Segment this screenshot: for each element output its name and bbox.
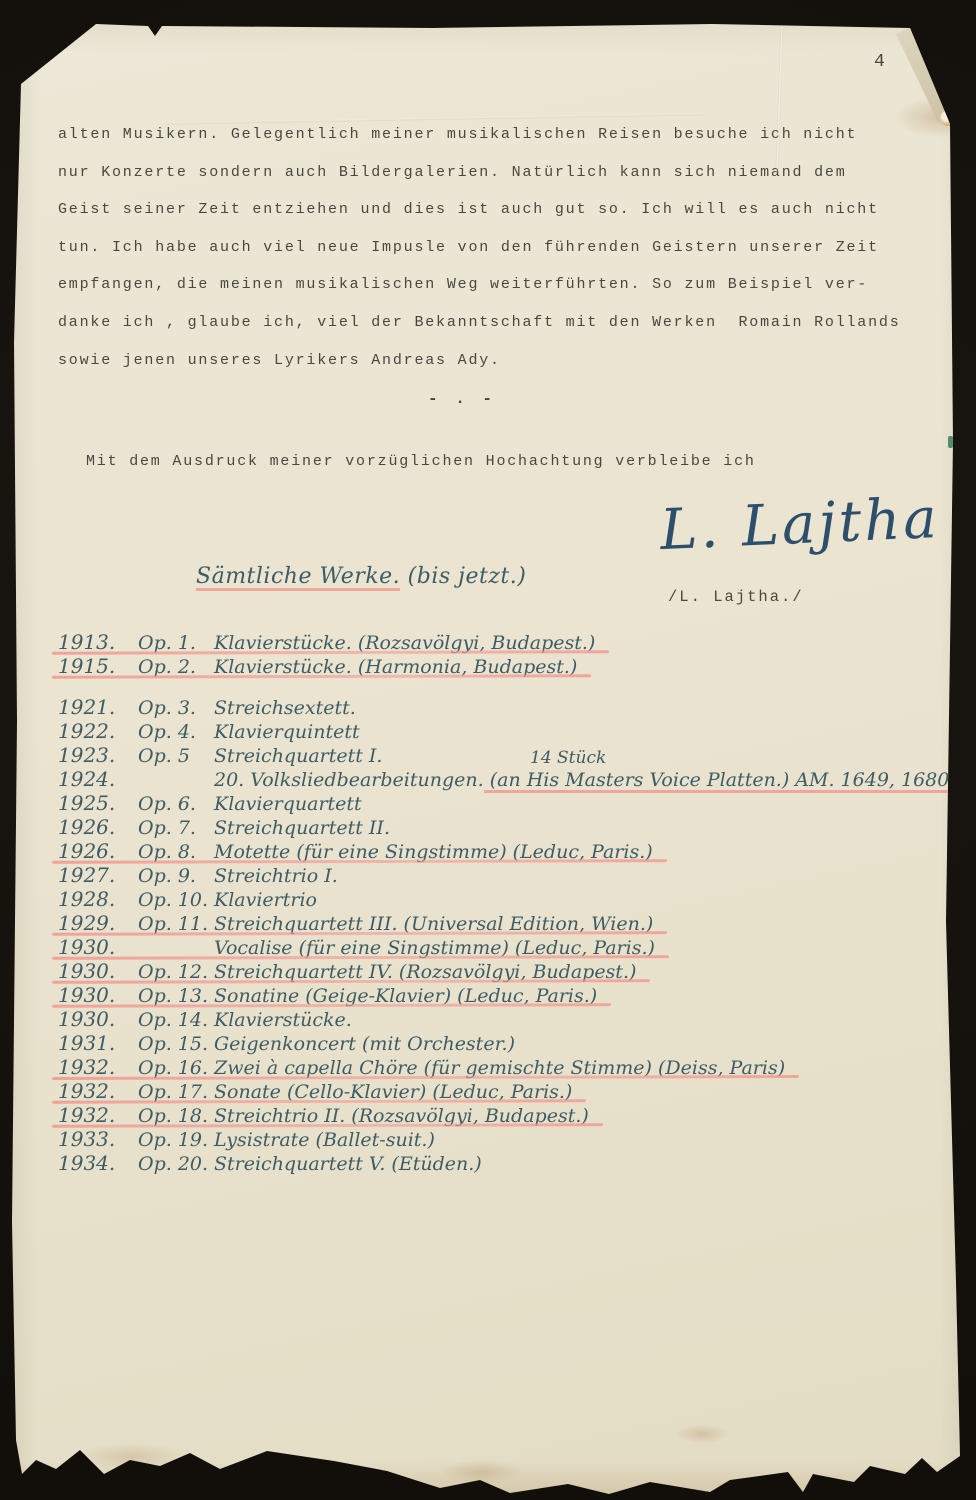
work-year: 1930. <box>58 983 138 1007</box>
work-opus: Op. 8. <box>138 840 214 864</box>
work-title: Vocalise (für eine Singstimme) (Leduc, P… <box>214 936 655 960</box>
work-year: 1930. <box>58 935 138 959</box>
work-title: Motette (für eine Singstimme) (Leduc, Pa… <box>214 840 653 864</box>
work-year: 1933. <box>58 1127 138 1151</box>
work-opus: Op. 12. <box>138 960 214 984</box>
work-opus: Op. 18. <box>138 1104 214 1128</box>
work-opus: Op. 9. <box>138 864 214 888</box>
edge-mark-green <box>948 436 953 448</box>
work-title: Klavierquintett <box>214 720 360 744</box>
work-title: 20. Volksliedbearbeitungen. (an His Mast… <box>214 768 976 792</box>
work-year: 1925. <box>58 791 138 815</box>
work-year: 1915. <box>58 654 138 678</box>
work-opus: Op. 7. <box>138 816 214 840</box>
work-year: 1930. <box>58 959 138 983</box>
work-opus: Op. 2. <box>138 655 214 679</box>
work-year: 1932. <box>58 1103 138 1127</box>
letter-line: sowie jenen unseres Lyrikers Andreas Ady… <box>58 342 901 380</box>
work-opus: Op. 6. <box>138 792 214 816</box>
work-row: 1929.Op. 11.Streichquartett III. (Univer… <box>58 911 653 935</box>
section-divider: - . - <box>382 390 542 408</box>
letter-line: tun. Ich habe auch viel neue Impusle von… <box>58 229 901 267</box>
work-opus: Op. 11. <box>138 912 214 936</box>
work-row: 1915.Op. 2.Klavierstücke. (Harmonia, Bud… <box>58 654 577 678</box>
work-row: 1933.Op. 19.Lysistrate (Ballet-suit.) <box>58 1127 435 1151</box>
work-opus: Op. 15. <box>138 1032 214 1056</box>
work-year: 1926. <box>58 839 138 863</box>
work-year: 1923. <box>58 743 138 767</box>
letter-line: nur Konzerte sondern auch Bildergalerien… <box>58 154 901 192</box>
letter-line: alten Musikern. Gelegentlich meiner musi… <box>58 116 901 154</box>
work-title: Klaviertrio <box>214 888 317 912</box>
work-title: Zwei à capella Chöre (für gemischte Stim… <box>214 1056 785 1080</box>
work-row: 1922.Op. 4.Klavierquintett <box>58 719 360 743</box>
work-opus: Op. 3. <box>138 696 214 720</box>
work-year: 1932. <box>58 1079 138 1103</box>
work-title-underlined: (an His Masters Voice Platten.) AM. 1649… <box>484 769 976 793</box>
corner-fold-curl <box>940 110 956 126</box>
work-row: 1934.Op. 20.Streichquartett V. (Etüden.) <box>58 1151 482 1175</box>
work-row: 1925.Op. 6.Klavierquartett <box>58 791 362 815</box>
work-year: 1929. <box>58 911 138 935</box>
work-title: Lysistrate (Ballet-suit.) <box>214 1128 435 1152</box>
work-row: 1924.20. Volksliedbearbeitungen. (an His… <box>58 767 976 791</box>
work-title: Streichquartett III. (Universal Edition,… <box>214 912 653 936</box>
work-title: Streichquartett II. <box>214 816 390 840</box>
work-title: Klavierstücke. (Harmonia, Budapest.) <box>214 655 577 679</box>
work-title: Klavierquartett <box>214 792 362 816</box>
work-row: 1928.Op. 10.Klaviertrio <box>58 887 317 911</box>
work-title: Streichsextett. <box>214 696 356 720</box>
work-row: 1926.Op. 8.Motette (für eine Singstimme)… <box>58 839 653 863</box>
closing-line: Mit dem Ausdruck meiner vorzüglichen Hoc… <box>86 453 756 470</box>
work-title: Streichquartett IV. (Rozsavölgyi, Budape… <box>214 960 636 984</box>
work-year: 1926. <box>58 815 138 839</box>
work-opus: Op. 19. <box>138 1128 214 1152</box>
work-opus: Op. 10. <box>138 888 214 912</box>
work-opus: Op. 20. <box>138 1152 214 1176</box>
work-row: 1930.Vocalise (für eine Singstimme) (Led… <box>58 935 655 959</box>
work-row: 1930.Op. 12.Streichquartett IV. (Rozsavö… <box>58 959 636 983</box>
works-count-annotation: 14 Stück <box>530 748 606 768</box>
scanned-letter-page: 4 alten Musikern. Gelegentlich meiner mu… <box>12 22 962 1495</box>
work-row: 1932.Op. 18.Streichtrio II. (Rozsavölgyi… <box>58 1103 589 1127</box>
paper-crease <box>407 1202 409 1492</box>
work-row: 1932.Op. 17.Sonate (Cello-Klavier) (Ledu… <box>58 1079 572 1103</box>
work-opus: Op. 14. <box>138 1008 214 1032</box>
work-opus: Op. 17. <box>138 1080 214 1104</box>
handwritten-signature: L. Lajtha <box>659 486 941 563</box>
work-year: 1921. <box>58 695 138 719</box>
work-row: 1932.Op. 16.Zwei à capella Chöre (für ge… <box>58 1055 785 1079</box>
work-row: 1921.Op. 3.Streichsextett. <box>58 695 356 719</box>
work-year: 1927. <box>58 863 138 887</box>
works-list: 14 Stück 1913.Op. 1.Klavierstücke. (Rozs… <box>58 630 958 1175</box>
work-year: 1928. <box>58 887 138 911</box>
work-row: 1930.Op. 13.Sonatine (Geige-Klavier) (Le… <box>58 983 597 1007</box>
work-opus: Op. 1. <box>138 631 214 655</box>
work-row: 1923.Op. 5Streichquartett I. <box>58 743 382 767</box>
letter-line: Geist seiner Zeit entziehen und dies ist… <box>58 191 901 229</box>
works-heading-main: Sämtliche Werke. <box>196 564 400 591</box>
work-row: 1931.Op. 15.Geigenkoncert (mit Orchester… <box>58 1031 515 1055</box>
work-row: 1913.Op. 1.Klavierstücke. (Rozsavölgyi, … <box>58 630 595 654</box>
work-year: 1931. <box>58 1031 138 1055</box>
work-title: Streichtrio II. (Rozsavölgyi, Budapest.) <box>214 1104 589 1128</box>
work-year: 1913. <box>58 630 138 654</box>
work-year: 1932. <box>58 1055 138 1079</box>
work-title: Streichtrio I. <box>214 864 338 888</box>
page-number: 4 <box>874 52 885 72</box>
work-title: Klavierstücke. <box>214 1008 352 1032</box>
corner-fold <box>896 24 956 128</box>
letter-body: alten Musikern. Gelegentlich meiner musi… <box>58 116 901 379</box>
work-opus: Op. 13. <box>138 984 214 1008</box>
work-opus: Op. 5 <box>138 744 214 768</box>
work-row: 1927.Op. 9.Streichtrio I. <box>58 863 338 887</box>
typed-signature: /L. Lajtha./ <box>668 588 804 606</box>
work-title: Sonatine (Geige-Klavier) (Leduc, Paris.) <box>214 984 597 1008</box>
work-title: Streichquartett V. (Etüden.) <box>214 1152 482 1176</box>
work-year: 1934. <box>58 1151 138 1175</box>
work-year: 1924. <box>58 767 138 791</box>
work-title: Klavierstücke. (Rozsavölgyi, Budapest.) <box>214 631 595 655</box>
work-opus: Op. 4. <box>138 720 214 744</box>
works-heading: Sämtliche Werke. (bis jetzt.) <box>196 564 526 589</box>
work-year: 1930. <box>58 1007 138 1031</box>
work-year: 1922. <box>58 719 138 743</box>
work-row: 1926.Op. 7.Streichquartett II. <box>58 815 390 839</box>
letter-line: empfangen, die meinen musikalischen Weg … <box>58 266 901 304</box>
work-row: 1930.Op. 14.Klavierstücke. <box>58 1007 352 1031</box>
work-title: Sonate (Cello-Klavier) (Leduc, Paris.) <box>214 1080 572 1104</box>
work-opus: Op. 16. <box>138 1056 214 1080</box>
letter-line: danke ich , glaube ich, viel der Bekannt… <box>58 304 901 342</box>
work-title: Streichquartett I. <box>214 744 382 768</box>
works-heading-suffix: (bis jetzt.) <box>400 564 526 589</box>
work-title: Geigenkoncert (mit Orchester.) <box>214 1032 515 1056</box>
